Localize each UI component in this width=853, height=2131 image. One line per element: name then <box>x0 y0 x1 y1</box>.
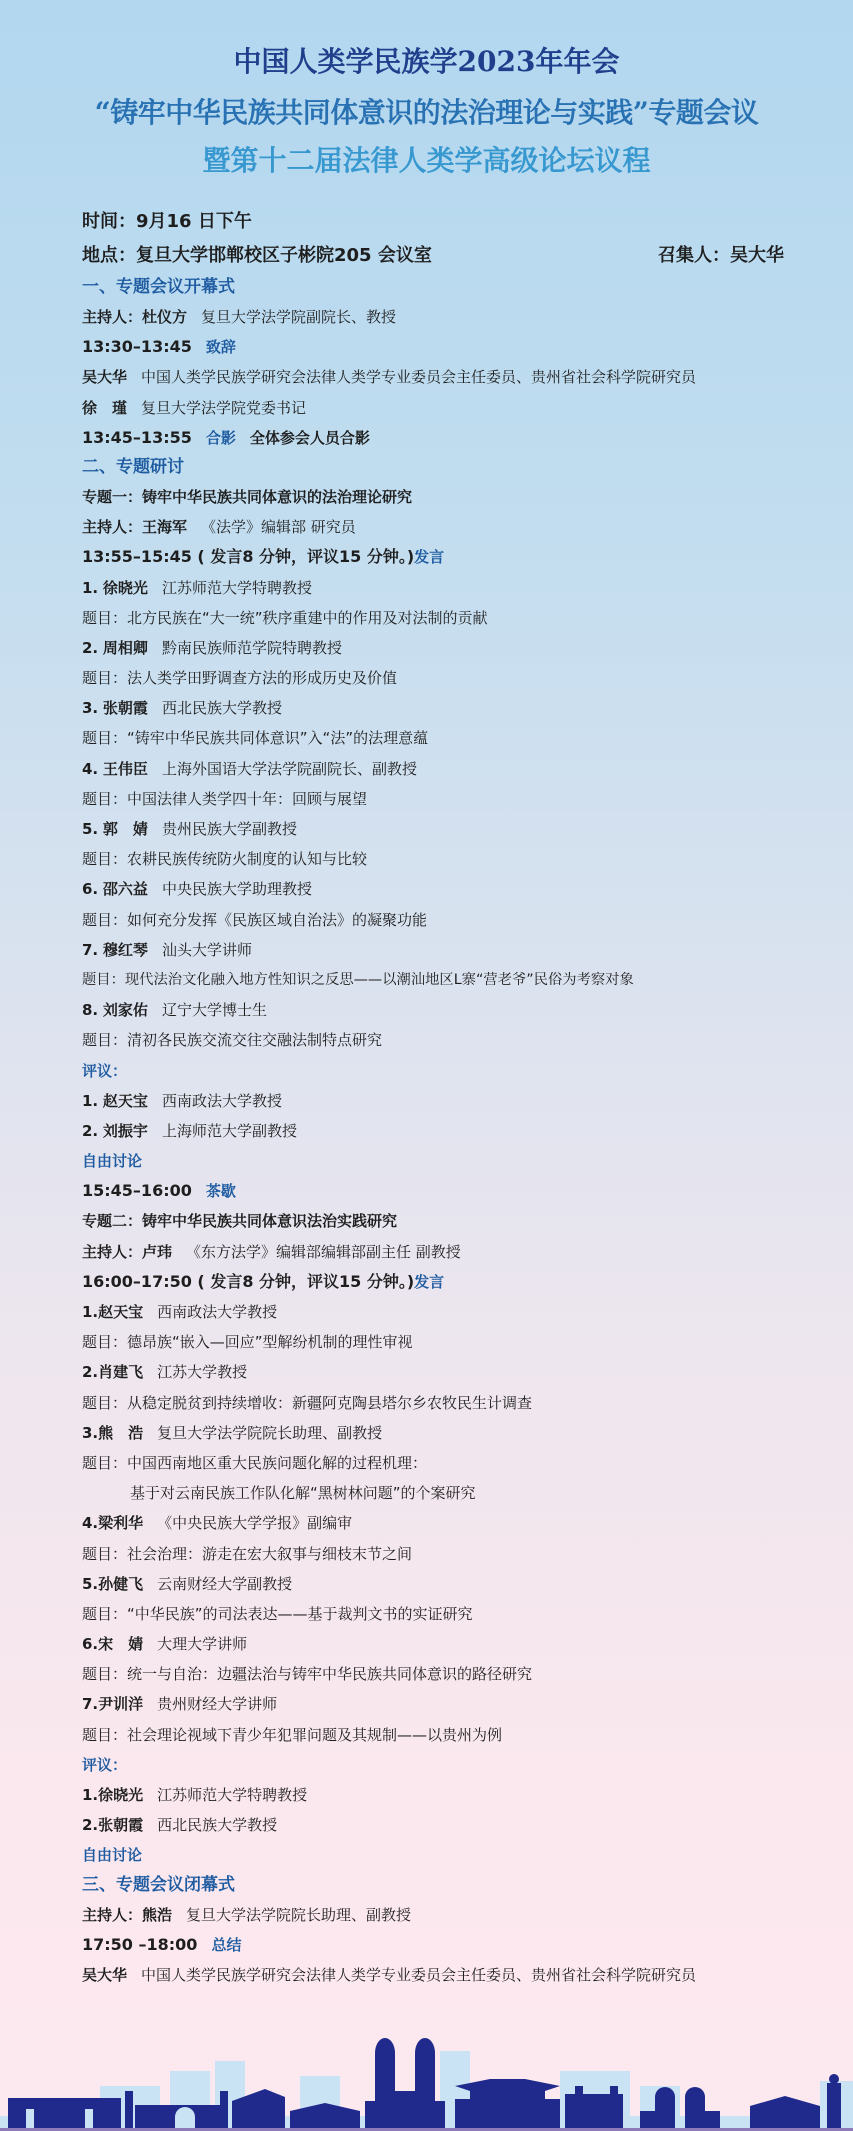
speaker-topic: 题目：北方民族在“大一统”秩序重建中的作用及对法制的贡献 <box>82 603 802 633</box>
place-line: 地点：复旦大学邯郸校区子彬院205 会议室 召集人：吴大华 <box>82 239 802 273</box>
speaker-line: 吴大华中国人类学民族学研究会法律人类学专业委员会主任委员、贵州省社会科学院研究员 <box>82 362 802 392</box>
host-line: 主持人：熊浩复旦大学法学院院长助理、副教授 <box>82 1900 802 1930</box>
speaker-line: 3. 张朝霞西北民族大学教授 <box>82 693 802 723</box>
host-line: 主持人：卢玮《东方法学》编辑部编辑部副主任 副教授 <box>82 1237 802 1267</box>
speaker-line: 2.肖建飞江苏大学教授 <box>82 1357 802 1387</box>
speaker-topic: 题目：社会治理：游走在宏大叙事与细枝末节之间 <box>82 1539 802 1569</box>
schedule-slot: 16:00–17:50 ( 发言8 分钟，评议15 分钟。)发言 <box>82 1267 802 1297</box>
speaker-topic-continued: 基于对云南民族工作队化解“黑树林问题”的个案研究 <box>82 1478 802 1508</box>
speaker-topic: 题目：德昂族“嵌入—回应”型解纷机制的理性审视 <box>82 1327 802 1357</box>
review-label: 评议： <box>82 1750 802 1780</box>
speaker-topic: 题目：从稳定脱贫到持续增收：新疆阿克陶县塔尔乡农牧民生计调查 <box>82 1388 802 1418</box>
speaker-topic: 题目：统一与自治：边疆法治与铸牢中华民族共同体意识的路径研究 <box>82 1659 802 1689</box>
campus-skyline-illustration <box>0 2031 853 2131</box>
speaker-topic: 题目：中国法律人类学四十年：回顾与展望 <box>82 784 802 814</box>
speaker-topic: 题目：社会理论视域下青少年犯罪问题及其规制——以贵州为例 <box>82 1720 802 1750</box>
topic-title: 专题一：铸牢中华民族共同体意识的法治理论研究 <box>82 482 802 512</box>
host-line: 主持人：杜仪方复旦大学法学院副院长、教授 <box>82 302 802 332</box>
speaker-topic: 题目：如何充分发挥《民族区域自治法》的凝聚功能 <box>82 905 802 935</box>
convener: 召集人：吴大华 <box>658 239 784 273</box>
speaker-topic: 题目：“铸牢中华民族共同体意识”入“法”的法理意蕴 <box>82 723 802 753</box>
speaker-topic: 题目：“中华民族”的司法表达——基于裁判文书的实证研究 <box>82 1599 802 1629</box>
speaker-line: 6. 邵六益中央民族大学助理教授 <box>82 874 802 904</box>
schedule-slot: 13:30–13:45致辞 <box>82 332 802 362</box>
speaker-line: 7. 穆红琴汕头大学讲师 <box>82 935 802 965</box>
free-discussion: 自由讨论 <box>82 1840 802 1870</box>
host-line: 主持人：王海军《法学》编辑部 研究员 <box>82 512 802 542</box>
time-line: 时间：9月16 日下午 <box>82 205 802 239</box>
reviewer-line: 1. 赵天宝西南政法大学教授 <box>82 1086 802 1116</box>
section-heading-closing: 三、专题会议闭幕式 <box>82 1871 802 1900</box>
reviewer-line: 2. 刘振宇上海师范大学副教授 <box>82 1116 802 1146</box>
speaker-line: 4.梁利华《中央民族大学学报》副编审 <box>82 1508 802 1538</box>
speaker-topic: 题目：中国西南地区重大民族问题化解的过程机理： <box>82 1448 802 1478</box>
schedule-slot: 13:45–13:55合影全体参会人员合影 <box>82 423 802 453</box>
free-discussion: 自由讨论 <box>82 1146 802 1176</box>
speaker-line: 5. 郭 婧贵州民族大学副教授 <box>82 814 802 844</box>
speaker-topic: 题目：清初各民族交流交往交融法制特点研究 <box>82 1025 802 1055</box>
agenda-content: 时间：9月16 日下午 地点：复旦大学邯郸校区子彬院205 会议室 召集人：吴大… <box>82 205 802 1990</box>
speaker-line: 7.尹训洋贵州财经大学讲师 <box>82 1689 802 1719</box>
title-line-3: 暨第十二届法律人类学高级论坛议程 <box>0 139 853 179</box>
speaker-line: 2. 周相卿黔南民族师范学院特聘教授 <box>82 633 802 663</box>
speaker-topic: 题目：农耕民族传统防火制度的认知与比较 <box>82 844 802 874</box>
speaker-line: 1. 徐晓光江苏师范大学特聘教授 <box>82 573 802 603</box>
title-line-2: “铸牢中华民族共同体意识的法治理论与实践”专题会议 <box>0 91 853 131</box>
reviewer-line: 1.徐晓光江苏师范大学特聘教授 <box>82 1780 802 1810</box>
speaker-line: 5.孙健飞云南财经大学副教授 <box>82 1569 802 1599</box>
schedule-slot: 13:55–15:45 ( 发言8 分钟，评议15 分钟。)发言 <box>82 542 802 572</box>
section-heading-opening: 一、专题会议开幕式 <box>82 273 802 302</box>
speaker-line: 6.宋 婧大理大学讲师 <box>82 1629 802 1659</box>
speaker-line: 4. 王伟臣上海外国语大学法学院副院长、副教授 <box>82 754 802 784</box>
speaker-line: 徐 瑾复旦大学法学院党委书记 <box>82 393 802 423</box>
speaker-line: 吴大华中国人类学民族学研究会法律人类学专业委员会主任委员、贵州省社会科学院研究员 <box>82 1960 802 1990</box>
title-line-1: 中国人类学民族学2023年年会 <box>0 40 853 80</box>
section-heading-seminar: 二、专题研讨 <box>82 453 802 482</box>
schedule-slot: 17:50 –18:00总结 <box>82 1930 802 1960</box>
review-label: 评议： <box>82 1056 802 1086</box>
topic-title: 专题二：铸牢中华民族共同体意识法治实践研究 <box>82 1206 802 1236</box>
tea-break-slot: 15:45–16:00茶歇 <box>82 1176 802 1206</box>
speaker-topic: 题目：现代法治文化融入地方性知识之反思——以潮汕地区L寨“营老爷”民俗为考察对象 <box>82 965 802 995</box>
speaker-line: 1.赵天宝西南政法大学教授 <box>82 1297 802 1327</box>
reviewer-line: 2.张朝霞西北民族大学教授 <box>82 1810 802 1840</box>
speaker-line: 8. 刘家佑辽宁大学博士生 <box>82 995 802 1025</box>
speaker-line: 3.熊 浩复旦大学法学院院长助理、副教授 <box>82 1418 802 1448</box>
speaker-topic: 题目：法人类学田野调查方法的形成历史及价值 <box>82 663 802 693</box>
